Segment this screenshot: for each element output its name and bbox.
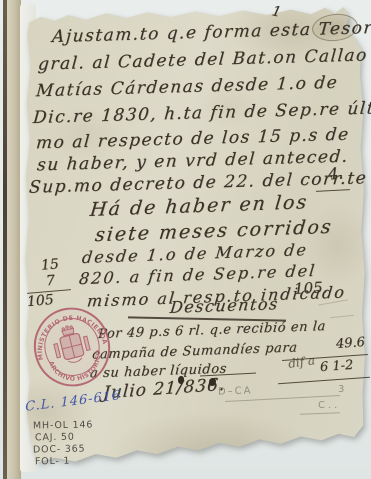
faint-pencil-word: D–CA	[218, 385, 253, 397]
underlying-page-edge	[7, 0, 21, 479]
sum-addend: 15	[40, 256, 59, 273]
faint-pencil-digit: 3	[338, 384, 344, 395]
pencil-reference: MH-OL 146	[33, 419, 93, 431]
pencil-reference: CAJ. 50	[35, 432, 75, 444]
faint-pencil-letter: C..	[318, 400, 340, 411]
haber-amount: 105.	[294, 278, 328, 298]
scanned-manuscript-page: 1 Ajustam.to q.e forma esta Tesorería gr…	[0, 0, 371, 479]
margin-figure: 4.	[327, 163, 344, 183]
descuentos-heading: Descuentos	[169, 294, 280, 317]
sum-total: 105	[26, 292, 54, 310]
pencil-reference: DOC- 365	[33, 444, 86, 456]
amount-figure: 6 1-2	[320, 358, 354, 375]
amount-figure: 49.6	[336, 335, 366, 352]
sum-addend: 7	[45, 273, 55, 290]
pencil-reference: FOL- 1	[35, 456, 71, 468]
